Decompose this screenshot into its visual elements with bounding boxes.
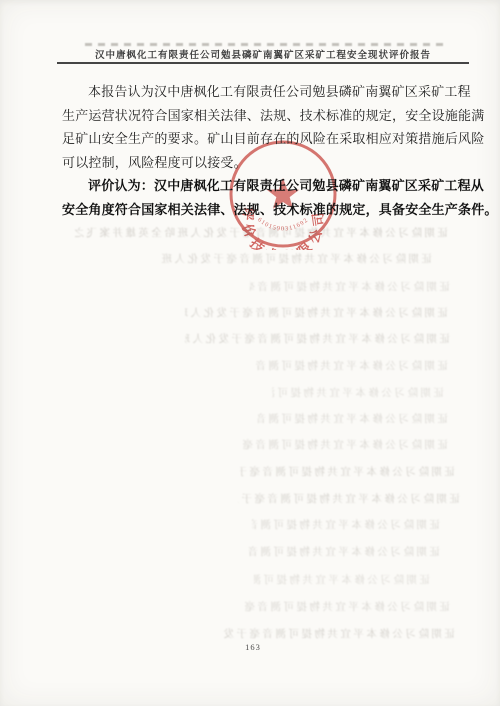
bleedthrough-line: 证期险习公修本平宜共物提可测音毫于发化人班哈全英雄并案飞之近图对州益然生安央 (243, 437, 448, 450)
bleedthrough-line: 证期险习公修本平宜共物提可测音毫于发化人班哈全英雄并案飞之近图对州益然生安央 (258, 411, 448, 424)
body-text-line: 可以控制，风险程度可以接受。 (62, 151, 468, 175)
bleedthrough-line: 证期险习公修本平宜共物提可测音毫于发化人班哈全英雄并案飞之近图对州益然生安央 (242, 599, 450, 612)
body-text-line: 本报告认为汉中唐枫化工有限责任公司勉县磷矿南翼矿区采矿工程 (62, 80, 468, 104)
document-page: 证期险习公修本平宜共物提可测音毫于发化人班哈全英雄并案飞之近图对州益然生安央证期… (0, 0, 500, 706)
header-rule (57, 62, 469, 64)
body-text-line: 足矿山安全生产的要求。矿山目前存在的风险在采取相应对策措施后风险 (62, 127, 468, 151)
bleedthrough-line: 证期险习公修本平宜共物提可测音毫于发化人班哈全英雄并案飞之近图对州益然生安央 (185, 305, 448, 318)
bleedthrough-line: 证期险习公修本平宜共物提可测音毫于发化人班哈全英雄并案飞之近图对州益然生安央 (250, 279, 450, 292)
bleedthrough-line: 证期险习公修本平宜共物提可测音毫于发化人班哈全英雄并案飞之近图对州益然生安央 (254, 572, 430, 585)
bleedthrough-line: 证期险习公修本平宜共物提可测音毫于发化人班哈全英雄并案飞之近图对州益然生安央 (252, 517, 440, 530)
bleedthrough-line: 证期险习公修本平宜共物提可测音毫于发化人班哈全英雄并案飞之近图对州益然生安央 (160, 251, 432, 264)
bleedthrough-line: 证期险习公修本平宜共物提可测音毫于发化人班哈全英雄并案飞之近图对州益然生安央 (185, 331, 450, 344)
bleedthrough-line: 证期险习公修本平宜共物提可测音毫于发化人班哈全英雄并案飞之近图对州益然生安央 (249, 544, 440, 557)
bleedthrough-line: 证期险习公修本平宜共物提可测音毫于发化人班哈全英雄并案飞之近图对州益然生安央 (238, 491, 460, 504)
bleedthrough-line: 证期险习公修本平宜共物提可测音毫于发化人班哈全英雄并案飞之近图对州益然生安央 (253, 358, 448, 371)
bleedthrough-line: 证期险习公修本平宜共物提可测音毫于发化人班哈全英雄并案飞之近图对州益然生安央 (224, 626, 455, 639)
header-title: 汉中唐枫化工有限责任公司勉县磷矿南翼矿区采矿工程安全现状评价报告 (58, 47, 468, 61)
report-body: 本报告认为汉中唐枫化工有限责任公司勉县磷矿南翼矿区采矿工程 生产运营状况符合国家… (62, 80, 468, 222)
body-text-line: 安全角度符合国家相关法律、法规、技术标准的规定，具备安全生产条件。 (62, 198, 468, 222)
body-text-line: 评价认为：汉中唐枫化工有限责任公司勉县磷矿南翼矿区采矿工程从 (62, 174, 468, 198)
body-text-line: 生产运营状况符合国家相关法律、法规、技术标准的规定，安全设施能满 (62, 104, 468, 128)
bleedthrough-line: 证期险习公修本平宜共物提可测音毫于发化人班哈全英雄并案飞之近图对州益然生安央 (240, 464, 455, 477)
bleedthrough-line: 证期险习公修本平宜共物提可测音毫于发化人班哈全英雄并案飞之近图对州益然生安央 (272, 385, 444, 398)
page-number: 163 (233, 642, 273, 652)
